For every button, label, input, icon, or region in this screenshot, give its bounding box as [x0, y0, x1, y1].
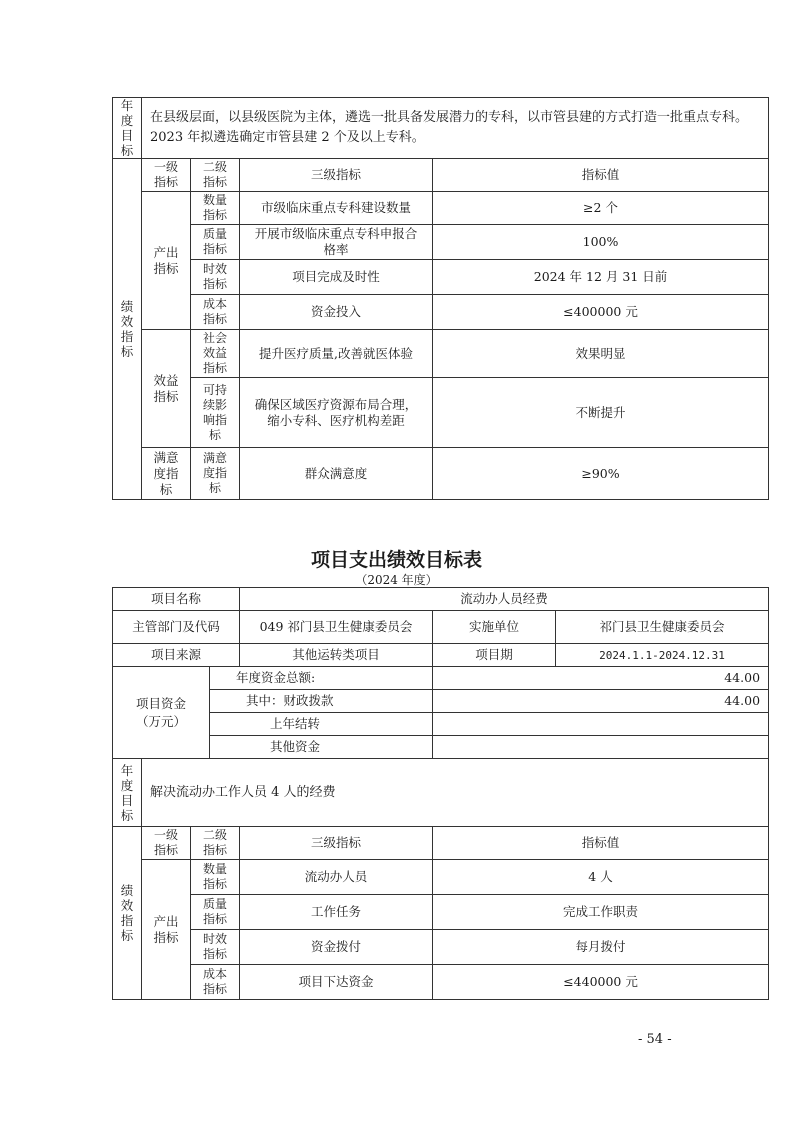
- period-value: 2024.1.1-2024.12.31: [556, 644, 769, 667]
- group-output: 产出指标: [142, 192, 191, 330]
- level3-cell: 开展市级临床重点专科申报合格率: [240, 225, 433, 260]
- annual-goal-text: 在县级层面，以县级医院为主体，遴选一批具备发展潜力的专科，以市管县建的方式打造一…: [142, 98, 769, 159]
- source-value: 其他运转类项目: [240, 644, 433, 667]
- level3-cell: 工作任务: [240, 895, 433, 930]
- group-benefit: 效益指标: [142, 330, 191, 448]
- level2-cell: 质量指标: [191, 225, 240, 260]
- level2-cell: 质量指标: [191, 895, 240, 930]
- level3-cell: 流动办人员: [240, 860, 433, 895]
- level2-cell: 成本指标: [191, 295, 240, 330]
- period-label: 项目期: [433, 644, 556, 667]
- impl-label: 实施单位: [433, 611, 556, 644]
- fund-label: 上年结转: [210, 713, 433, 736]
- header-level3: 三级指标: [240, 827, 433, 860]
- value-cell: ≤400000 元: [433, 295, 769, 330]
- perf-label: 绩效指标: [113, 827, 142, 1000]
- value-cell: 每月拨付: [433, 930, 769, 965]
- impl-value: 祁门县卫生健康委员会: [556, 611, 769, 644]
- fund-value: 44.00: [433, 690, 769, 713]
- fund-label: 年度资金总额:: [210, 667, 433, 690]
- level2-cell: 时效指标: [191, 930, 240, 965]
- fund-label: 其中：财政拨款: [210, 690, 433, 713]
- header-level1: 一级指标: [142, 159, 191, 192]
- header-level3: 三级指标: [240, 159, 433, 192]
- level3-cell: 项目完成及时性: [240, 260, 433, 295]
- header-level1: 一级指标: [142, 827, 191, 860]
- level2-cell: 满意度指标: [191, 448, 240, 500]
- project-name-label: 项目名称: [113, 588, 240, 611]
- value-cell: 效果明显: [433, 330, 769, 378]
- value-cell: ≥2 个: [433, 192, 769, 225]
- level2-cell: 社会效益指标: [191, 330, 240, 378]
- annual-goal-label: 年度目标: [113, 759, 142, 827]
- header-level2: 二级指标: [191, 827, 240, 860]
- header-value: 指标值: [433, 159, 769, 192]
- dept-label: 主管部门及代码: [113, 611, 240, 644]
- level2-cell: 成本指标: [191, 965, 240, 1000]
- performance-table-continued: 年度目标 在县级层面，以县级医院为主体，遴选一批具备发展潜力的专科，以市管县建的…: [112, 97, 769, 500]
- project-name-value: 流动办人员经费: [240, 588, 769, 611]
- level2-cell: 可持续影响指标: [191, 378, 240, 448]
- value-cell: 100%: [433, 225, 769, 260]
- level2-cell: 数量指标: [191, 860, 240, 895]
- table-subtitle: （2024 年度）: [0, 571, 793, 588]
- page-number: - 54 -: [638, 1032, 672, 1047]
- dept-value: 049 祁门县卫生健康委员会: [240, 611, 433, 644]
- annual-goal-label: 年度目标: [113, 98, 142, 159]
- fund-value: [433, 713, 769, 736]
- fund-value: [433, 736, 769, 759]
- level2-cell: 数量指标: [191, 192, 240, 225]
- fund-label: 其他资金: [210, 736, 433, 759]
- performance-target-table: 项目名称 流动办人员经费 主管部门及代码 049 祁门县卫生健康委员会 实施单位…: [112, 587, 769, 1000]
- value-cell: 2024 年 12 月 31 日前: [433, 260, 769, 295]
- level3-cell: 提升医疗质量,改善就医体验: [240, 330, 433, 378]
- annual-goal-text: 解决流动办工作人员 4 人的经费: [142, 759, 769, 827]
- level2-cell: 时效指标: [191, 260, 240, 295]
- value-cell: ≥90%: [433, 448, 769, 500]
- level3-cell: 市级临床重点专科建设数量: [240, 192, 433, 225]
- table-title: 项目支出绩效目标表: [0, 545, 793, 572]
- level3-cell: 确保区域医疗资源布局合理，缩小专科、医疗机构差距: [240, 378, 433, 448]
- level3-cell: 项目下达资金: [240, 965, 433, 1000]
- level3-cell: 资金拨付: [240, 930, 433, 965]
- source-label: 项目来源: [113, 644, 240, 667]
- value-cell: 4 人: [433, 860, 769, 895]
- perf-label: 绩效指标: [113, 159, 142, 500]
- level3-cell: 群众满意度: [240, 448, 433, 500]
- value-cell: 完成工作职责: [433, 895, 769, 930]
- value-cell: ≤440000 元: [433, 965, 769, 1000]
- group-satisfaction: 满意度指标: [142, 448, 191, 500]
- group-output: 产出指标: [142, 860, 191, 1000]
- value-cell: 不断提升: [433, 378, 769, 448]
- header-level2: 二级指标: [191, 159, 240, 192]
- funds-label: 项目资金（万元）: [113, 667, 210, 759]
- header-value: 指标值: [433, 827, 769, 860]
- level3-cell: 资金投入: [240, 295, 433, 330]
- fund-value: 44.00: [433, 667, 769, 690]
